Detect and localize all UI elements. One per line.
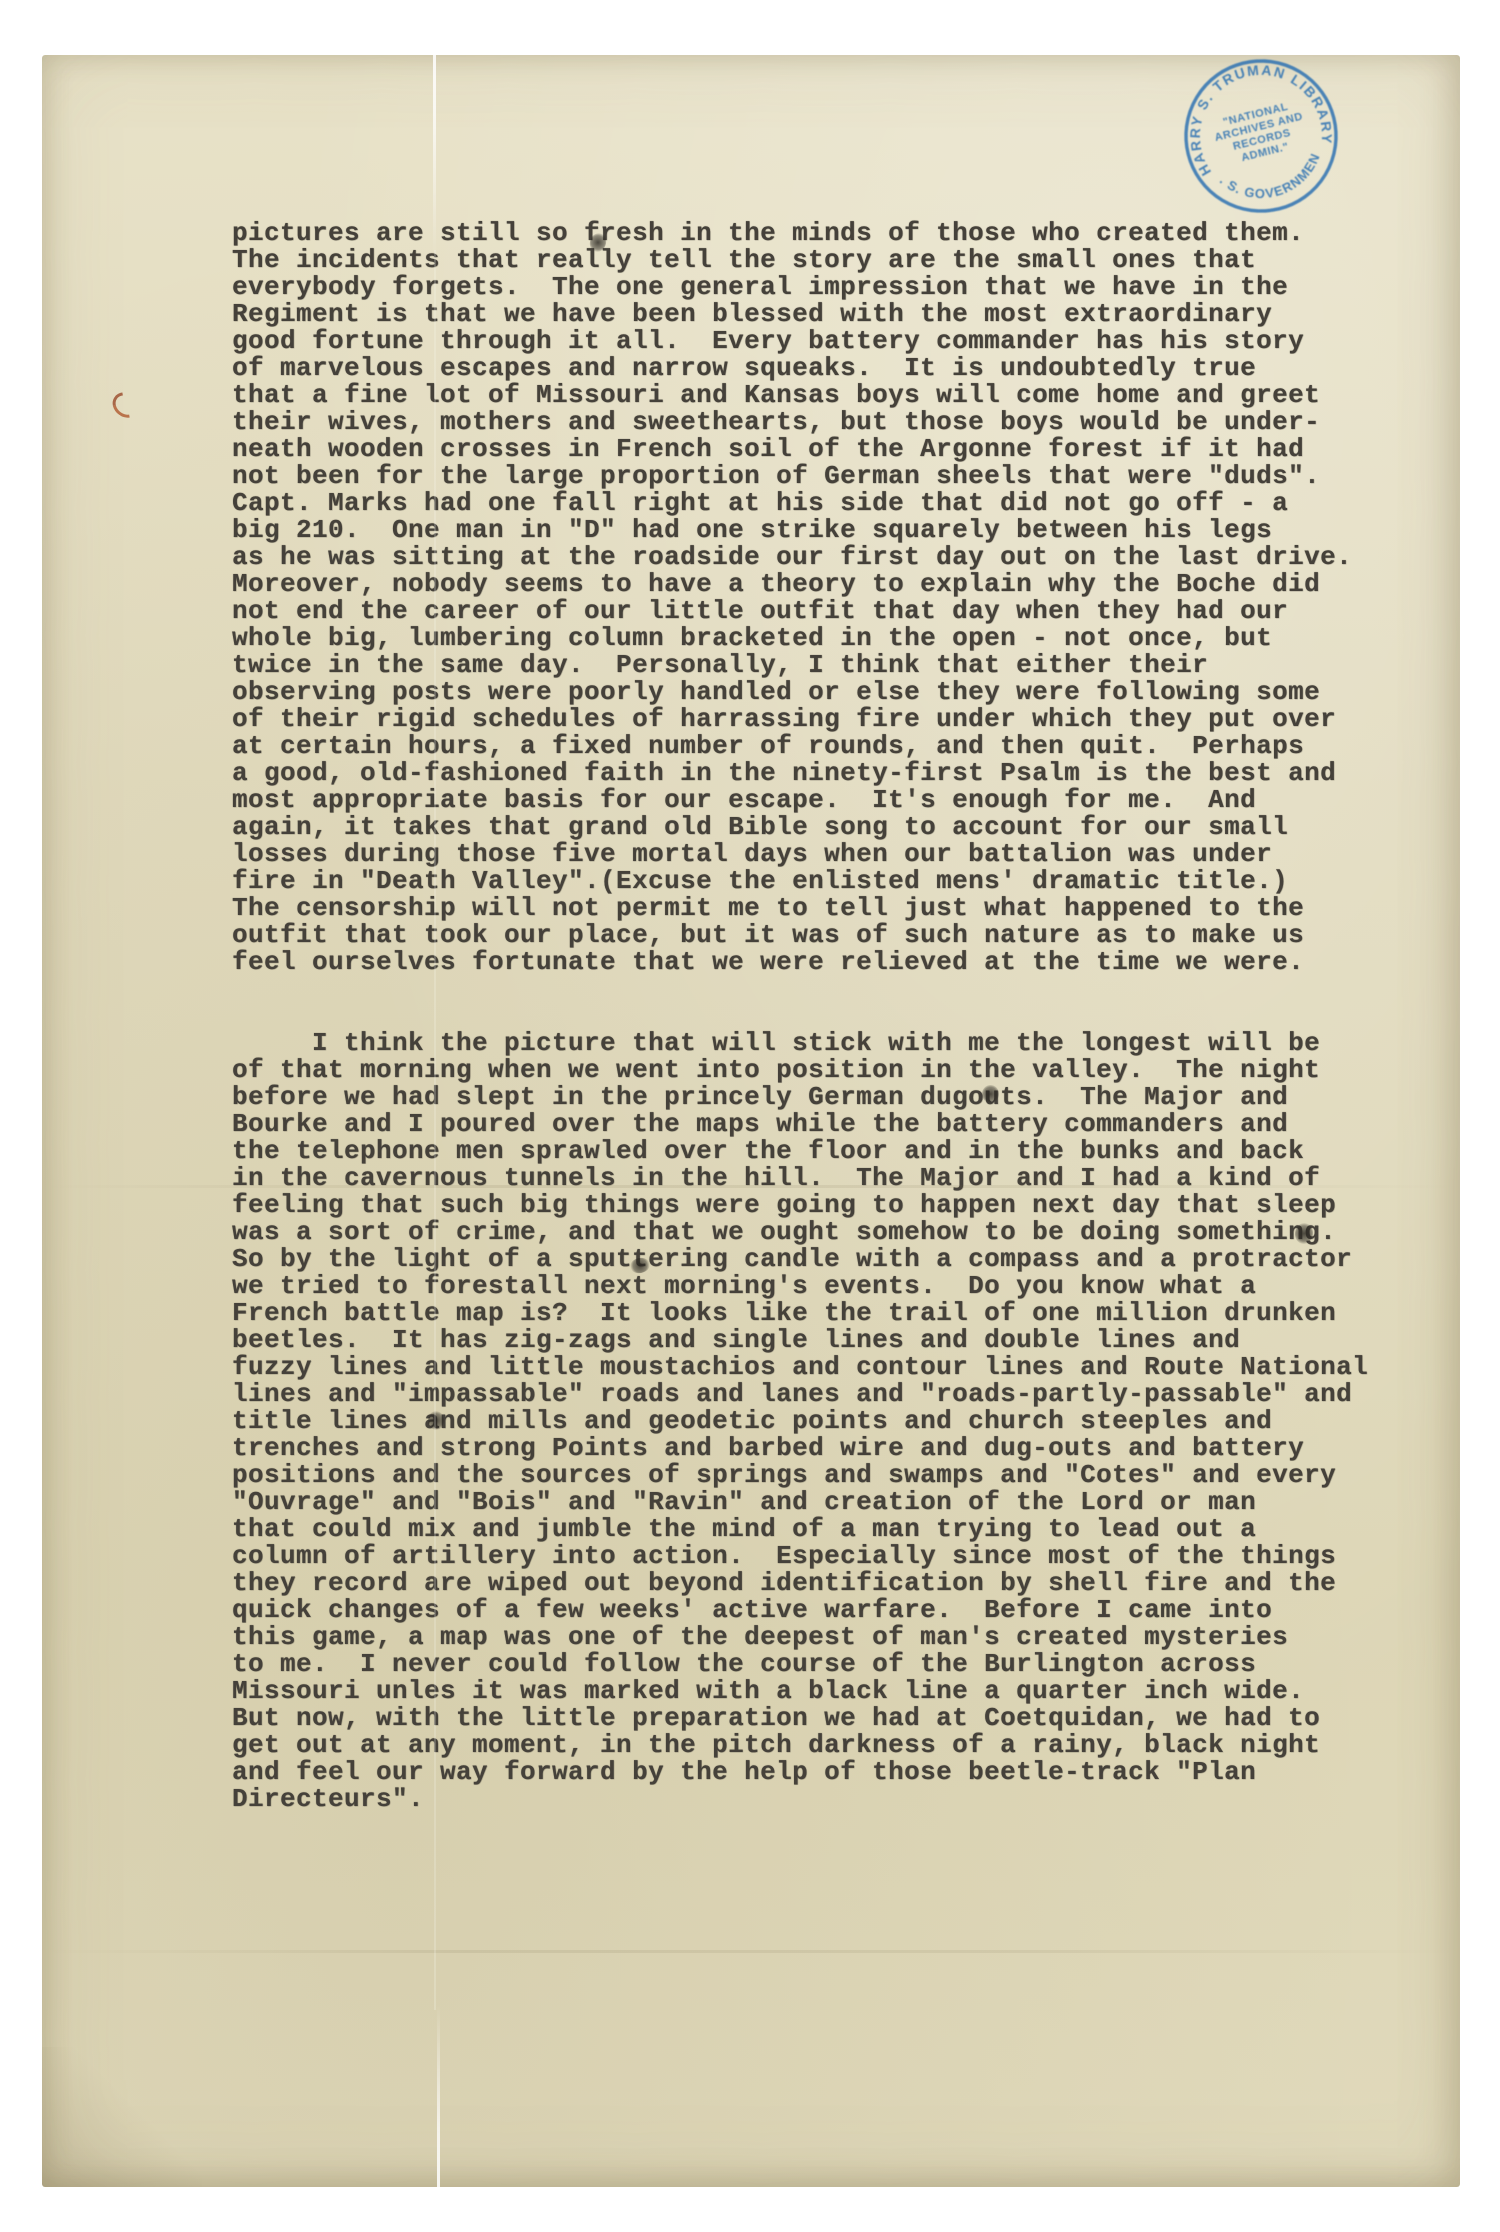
scan-fold-line-bottom <box>437 2005 440 2232</box>
paper-crease <box>42 1950 1460 1953</box>
ink-blot <box>982 1085 999 1103</box>
letter-body-text: pictures are still so fresh in the minds… <box>232 220 1368 1813</box>
scanned-document-page: HARRY S. TRUMAN LIBRARY U. S. GOVERNMENT… <box>0 0 1500 2232</box>
paper-crease <box>42 1185 1460 1188</box>
folded-corner <box>42 2047 202 2187</box>
scan-fold-line-top <box>433 0 436 255</box>
truman-library-stamp: HARRY S. TRUMAN LIBRARY U. S. GOVERNMENT… <box>1176 51 1346 221</box>
ink-blot <box>428 1411 444 1430</box>
letter-page: HARRY S. TRUMAN LIBRARY U. S. GOVERNMENT… <box>42 55 1460 2187</box>
red-paper-mark <box>108 387 145 423</box>
scan-fold-line-faint <box>434 250 436 2010</box>
